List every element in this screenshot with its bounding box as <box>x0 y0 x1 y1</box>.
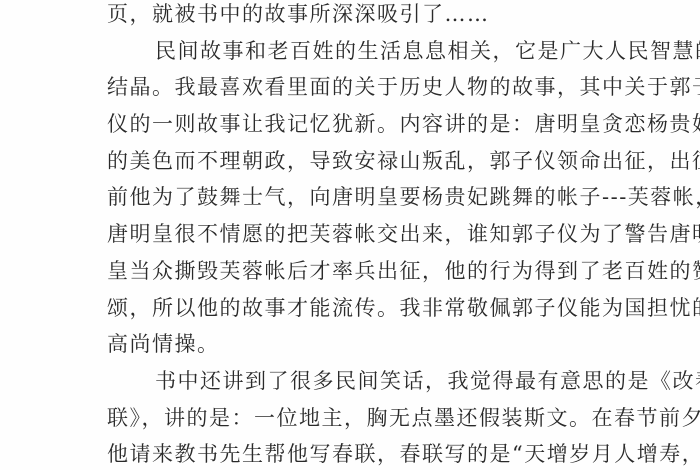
text-line: 唐明皇很不情愿的把芙蓉帐交出来，谁知郭子仪为了警告唐明 <box>107 216 587 253</box>
text-line: 联》，讲的是：一位地主，胸无点墨还假装斯文。在春节前夕， <box>107 400 587 437</box>
text-line: 仪的一则故事让我记忆犹新。内容讲的是：唐明皇贪恋杨贵妃 <box>107 106 587 143</box>
essay-text: 页，就被书中的故事所深深吸引了…… 民间故事和老百姓的生活息息相关，它是广大人民… <box>107 0 587 470</box>
text-line-paragraph-start: 书中还讲到了很多民间笑话，我觉得最有意思的是《改春 <box>107 363 587 400</box>
document-page: 页，就被书中的故事所深深吸引了…… 民间故事和老百姓的生活息息相关，它是广大人民… <box>0 0 700 470</box>
text-line: 的美色而不理朝政，导致安禄山叛乱，郭子仪领命出征，出征 <box>107 143 587 180</box>
text-line: 结晶。我最喜欢看里面的关于历史人物的故事，其中关于郭子 <box>107 69 587 106</box>
text-line: 他请来教书先生帮他写春联，春联写的是“天增岁月人增寿， <box>107 436 587 470</box>
text-line: 高尚情操。 <box>107 326 587 363</box>
text-line: 皇当众撕毁芙蓉帐后才率兵出征，他的行为得到了老百姓的赞 <box>107 253 587 290</box>
text-line-paragraph-start: 民间故事和老百姓的生活息息相关，它是广大人民智慧的 <box>107 33 587 70</box>
text-line: 页，就被书中的故事所深深吸引了…… <box>107 0 587 33</box>
text-line: 颂，所以他的故事才能流传。我非常敬佩郭子仪能为国担忧的 <box>107 290 587 327</box>
text-line: 前他为了鼓舞士气，向唐明皇要杨贵妃跳舞的帐子---芙蓉帐， <box>107 179 587 216</box>
